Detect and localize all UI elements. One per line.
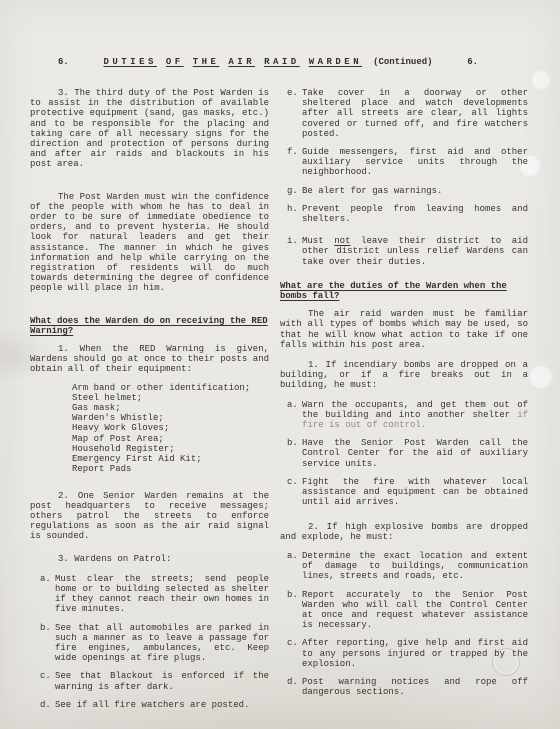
list-item-text: Have the Senior Post Warden call the Con…	[302, 438, 528, 469]
equipment-list-line: Emergency First Aid Kit;	[72, 454, 269, 464]
paragraph: The Post Warden must win the confidence …	[30, 192, 269, 294]
equipment-list-line: Map of Post Area;	[72, 434, 269, 444]
equipment-list: Arm band or other identification;Steel h…	[30, 383, 269, 475]
page-header: 6. DUTIESOFTHEAIRRAIDWARDEN(Continued) 6…	[58, 57, 478, 67]
list-item-label: g.	[287, 186, 302, 196]
list-item-label: a.	[40, 574, 55, 615]
paragraph: 1. If incendiary bombs are dropped on a …	[280, 360, 528, 391]
equipment-list-line: Arm band or other identification;	[72, 383, 269, 393]
right-column: e.Take cover in a doorway or other shelt…	[280, 88, 528, 697]
lettered-list-item: h.Prevent people from leaving homes and …	[280, 204, 528, 224]
paragraph: 2. One Senior Warden remains at the post…	[30, 491, 269, 542]
equipment-list-line: Heavy Work Gloves;	[72, 423, 269, 433]
list-item-text: Prevent people from leaving homes and sh…	[302, 204, 528, 224]
paragraph: 2. If high explosive bombs are dropped a…	[280, 522, 528, 542]
page-number-left: 6.	[58, 57, 69, 67]
list-item-label: i.	[287, 236, 302, 267]
heading-line: bombs fall?	[280, 291, 339, 301]
list-item-text: Be alert for gas warnings.	[302, 186, 528, 196]
list-item-label: a.	[287, 551, 302, 582]
list-item-text: Report accurately to the Senior Post War…	[302, 590, 528, 631]
lettered-list-item: g.Be alert for gas warnings.	[280, 186, 528, 196]
paragraph: 3. Wardens on Patrol:	[30, 554, 269, 564]
faint-text: if fire is out of control.	[302, 410, 528, 430]
title-word: WARDEN	[309, 57, 362, 67]
section-heading: What does the Warden do on receiving the…	[30, 316, 269, 336]
lettered-list-item: b.See that all automobiles are parked in…	[30, 623, 269, 664]
list-item-label: b.	[287, 438, 302, 469]
list-item-label: c.	[287, 477, 302, 508]
lettered-list-item: d.Post warning notices and rope off dang…	[280, 677, 528, 697]
list-item-text: Take cover in a doorway or other shelter…	[302, 88, 528, 139]
equipment-list-line: Steel helmet;	[72, 393, 269, 403]
equipment-list-line: Warden's Whistle;	[72, 413, 269, 423]
equipment-list-line: Gas mask;	[72, 403, 269, 413]
scanned-document-page: 6. DUTIESOFTHEAIRRAIDWARDEN(Continued) 6…	[0, 0, 560, 729]
lettered-list-item: e.Take cover in a doorway or other shelt…	[280, 88, 528, 139]
lettered-list-item: b.Report accurately to the Senior Post W…	[280, 590, 528, 631]
paragraph: 1. When the RED Warning is given, Warden…	[30, 344, 269, 375]
list-item-label: e.	[287, 88, 302, 139]
lettered-list-item: a.Determine the exact location and exten…	[280, 551, 528, 582]
underlined-text: not	[334, 236, 350, 246]
list-item-text: Guide messengers, first aid and other au…	[302, 147, 528, 178]
list-item-label: a.	[287, 400, 302, 431]
list-item-label: d.	[287, 677, 302, 697]
list-item-text: Warn the occupants, and get them out of …	[302, 400, 528, 431]
lettered-list-item: d.See if all fire watchers are posted.	[30, 700, 269, 710]
list-item-label: c.	[287, 638, 302, 669]
equipment-list-line: Report Pads	[72, 464, 269, 474]
list-item-text: Fight the fire with whatever local assis…	[302, 477, 528, 508]
heading-line: What does the Warden do on receiving the…	[30, 316, 268, 326]
list-item-text: After reporting, give help and first aid…	[302, 638, 528, 669]
title-word: AIR	[228, 57, 255, 67]
section-heading: What are the duties of the Warden when t…	[280, 281, 528, 301]
lettered-list-item: b.Have the Senior Post Warden call the C…	[280, 438, 528, 469]
lettered-list-item: c.See that Blackout is enforced if the w…	[30, 671, 269, 691]
page-title: DUTIESOFTHEAIRRAIDWARDEN(Continued)	[103, 57, 432, 67]
list-item-text: Post warning notices and rope off danger…	[302, 677, 528, 697]
list-item-text: Determine the exact location and extent …	[302, 551, 528, 582]
paragraph: The air raid warden must be familiar wit…	[280, 309, 528, 350]
left-column: 3. The third duty of the Post Warden is …	[30, 88, 269, 710]
title-word: OF	[166, 57, 184, 67]
title-continued-label: (Continued)	[373, 57, 432, 67]
title-word: THE	[193, 57, 220, 67]
lettered-list-item: c.After reporting, give help and first a…	[280, 638, 528, 669]
list-item-label: b.	[287, 590, 302, 631]
page-number-right: 6.	[467, 57, 478, 67]
list-item-text: Must not leave their district to aid oth…	[302, 236, 528, 267]
list-item-text: See if all fire watchers are posted.	[55, 700, 269, 710]
list-item-label: d.	[40, 700, 55, 710]
title-word: RAID	[264, 57, 300, 67]
lettered-list-item: c.Fight the fire with whatever local ass…	[280, 477, 528, 508]
list-item-label: c.	[40, 671, 55, 691]
list-item-label: f.	[287, 147, 302, 178]
heading-line: Warning?	[30, 326, 73, 336]
list-item-text: See that Blackout is enforced if the war…	[55, 671, 269, 691]
equipment-list-line: Household Register;	[72, 444, 269, 454]
list-item-text: See that all automobiles are parked in s…	[55, 623, 269, 664]
list-item-label: h.	[287, 204, 302, 224]
title-word: DUTIES	[103, 57, 156, 67]
list-item-label: b.	[40, 623, 55, 664]
list-item-text: Must clear the streets; send people home…	[55, 574, 269, 615]
lettered-list-item: i.Must not leave their district to aid o…	[280, 236, 528, 267]
lettered-list-item: a.Warn the occupants, and get them out o…	[280, 400, 528, 431]
lettered-list-item: a.Must clear the streets; send people ho…	[30, 574, 269, 615]
heading-line: What are the duties of the Warden when t…	[280, 281, 507, 291]
paragraph: 3. The third duty of the Post Warden is …	[30, 88, 269, 170]
lettered-list-item: f.Guide messengers, first aid and other …	[280, 147, 528, 178]
